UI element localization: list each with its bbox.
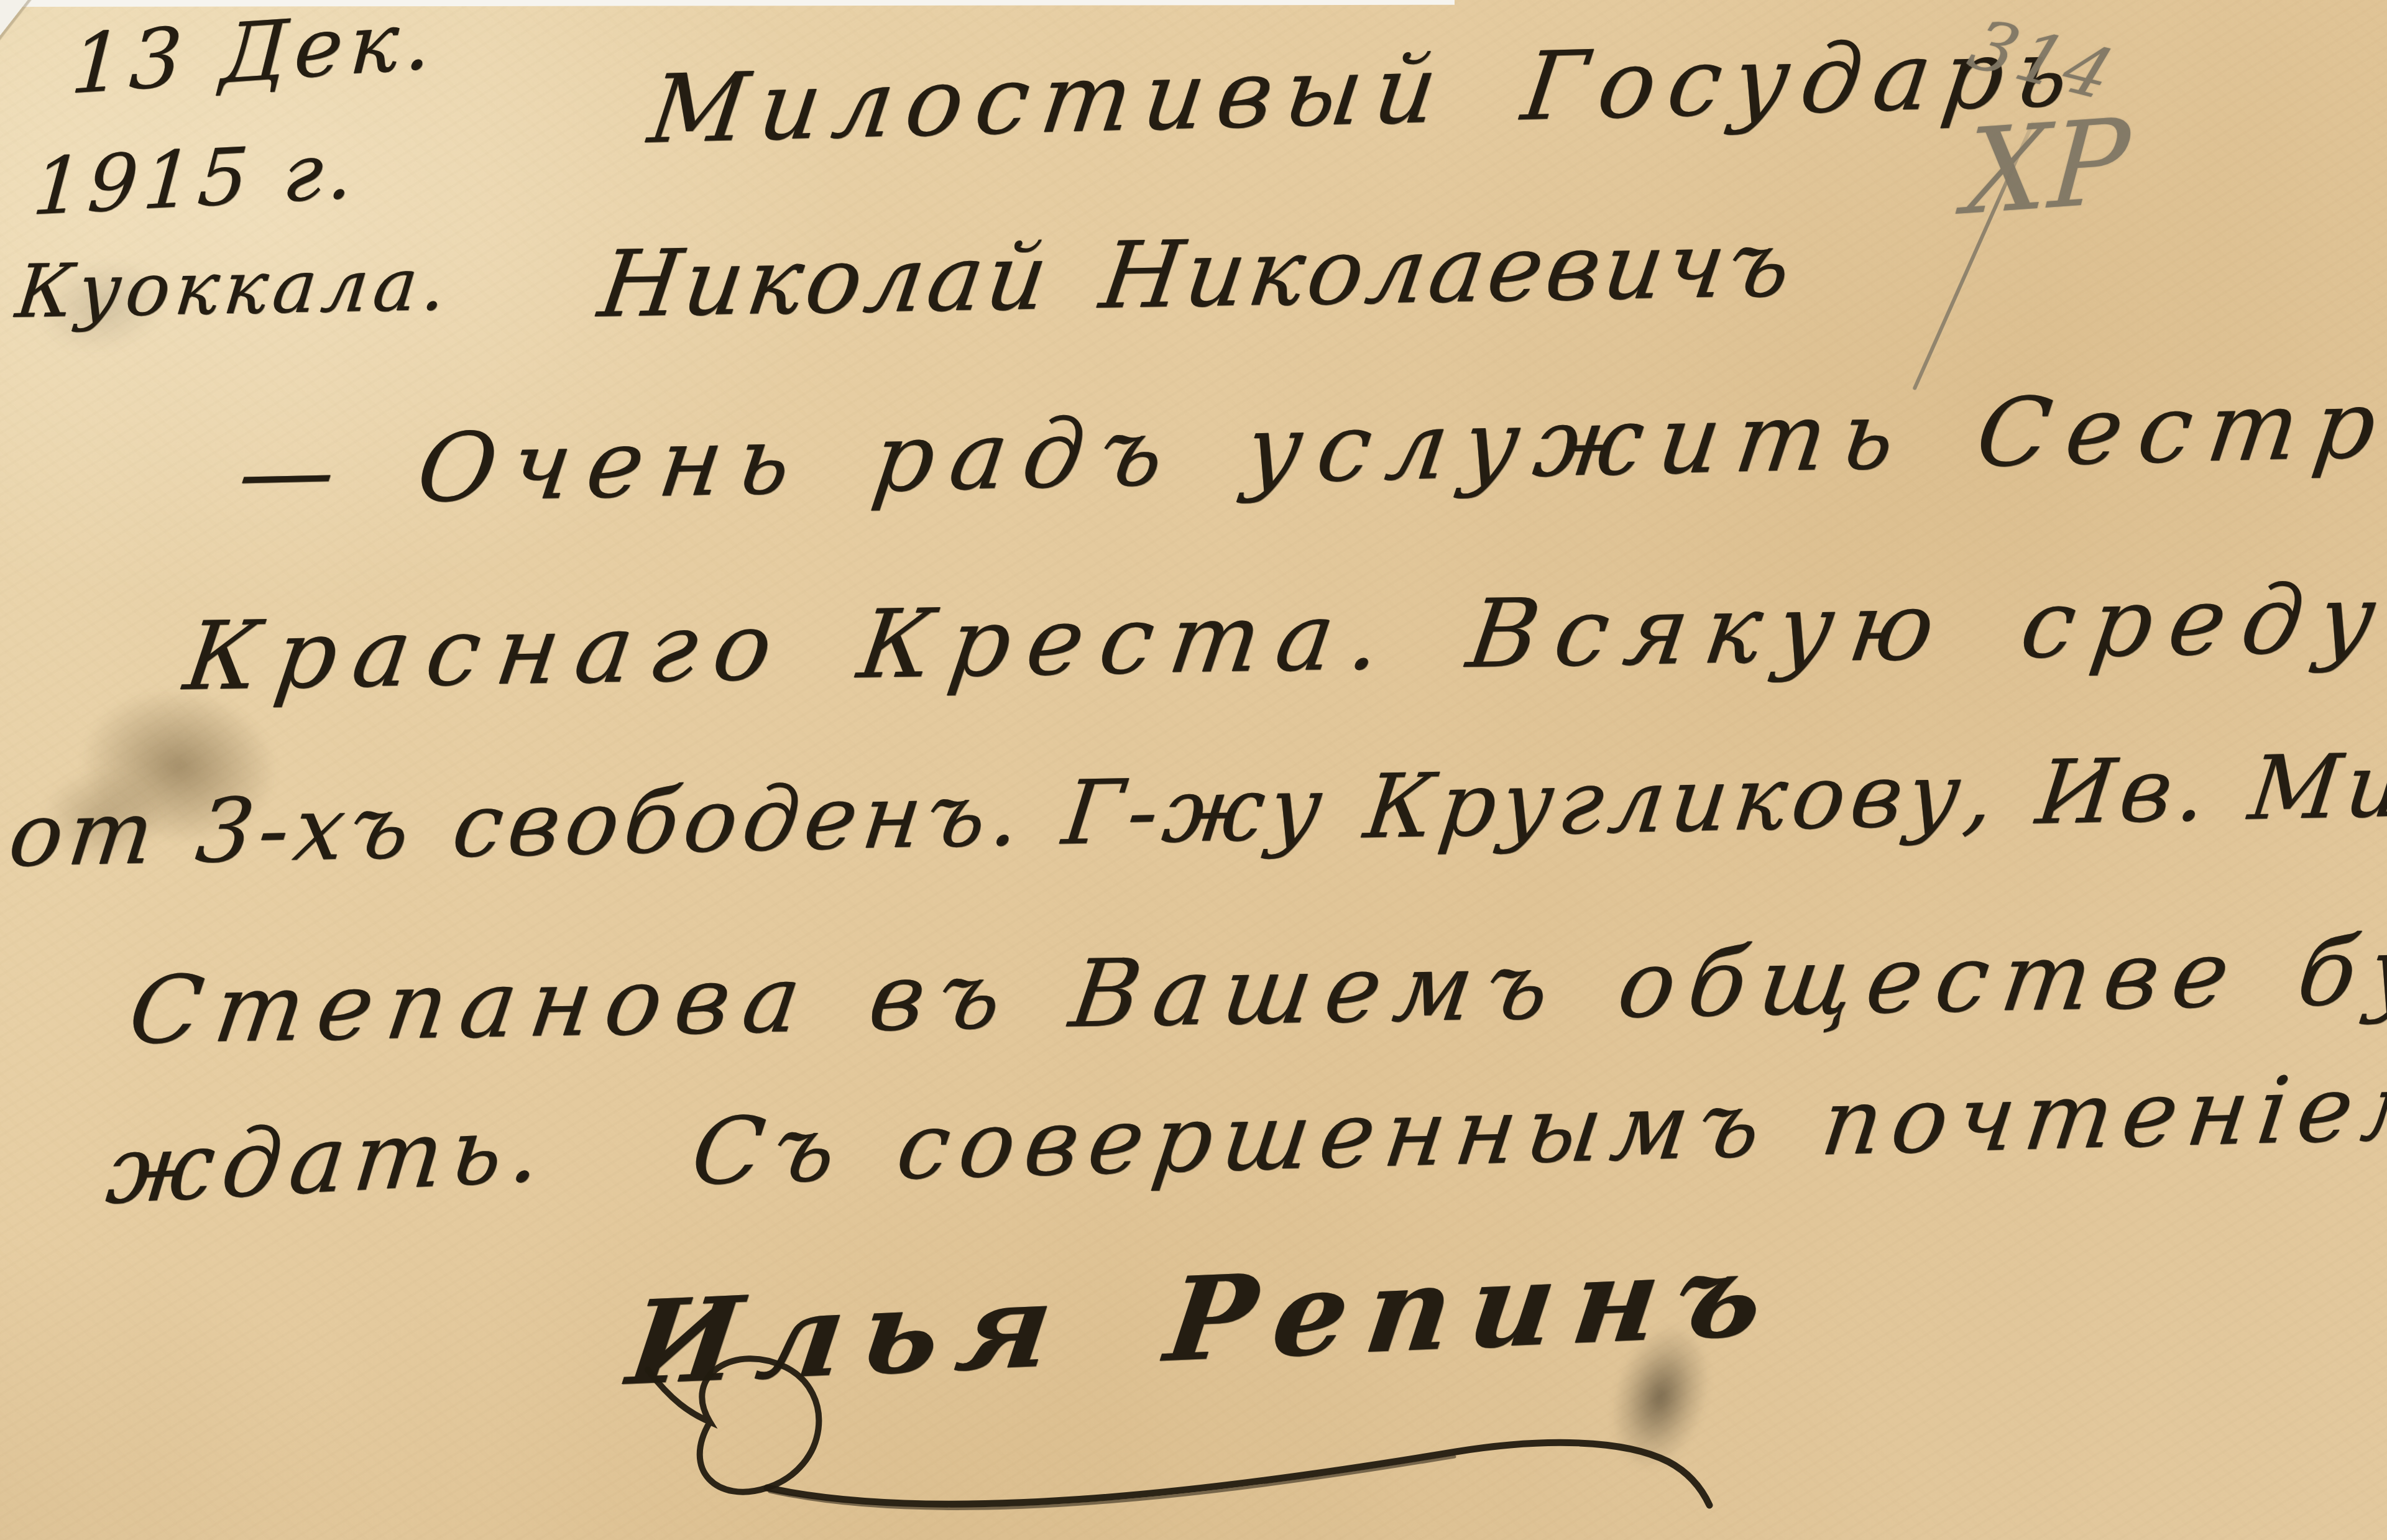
dateline-year: 1915 г.: [30, 125, 361, 233]
pencil-monogram: ХР: [1961, 93, 2135, 242]
dateline-place: Куоккала.: [12, 241, 455, 334]
signature-flourish: [623, 1347, 1742, 1534]
salutation-line-2: Николай Николаевичъ: [593, 211, 1801, 338]
letter-scan: 13 Дек. 1915 г. Куоккала. Милостивый Гос…: [0, 0, 2387, 1540]
paper-corner-chip: [0, 0, 48, 41]
